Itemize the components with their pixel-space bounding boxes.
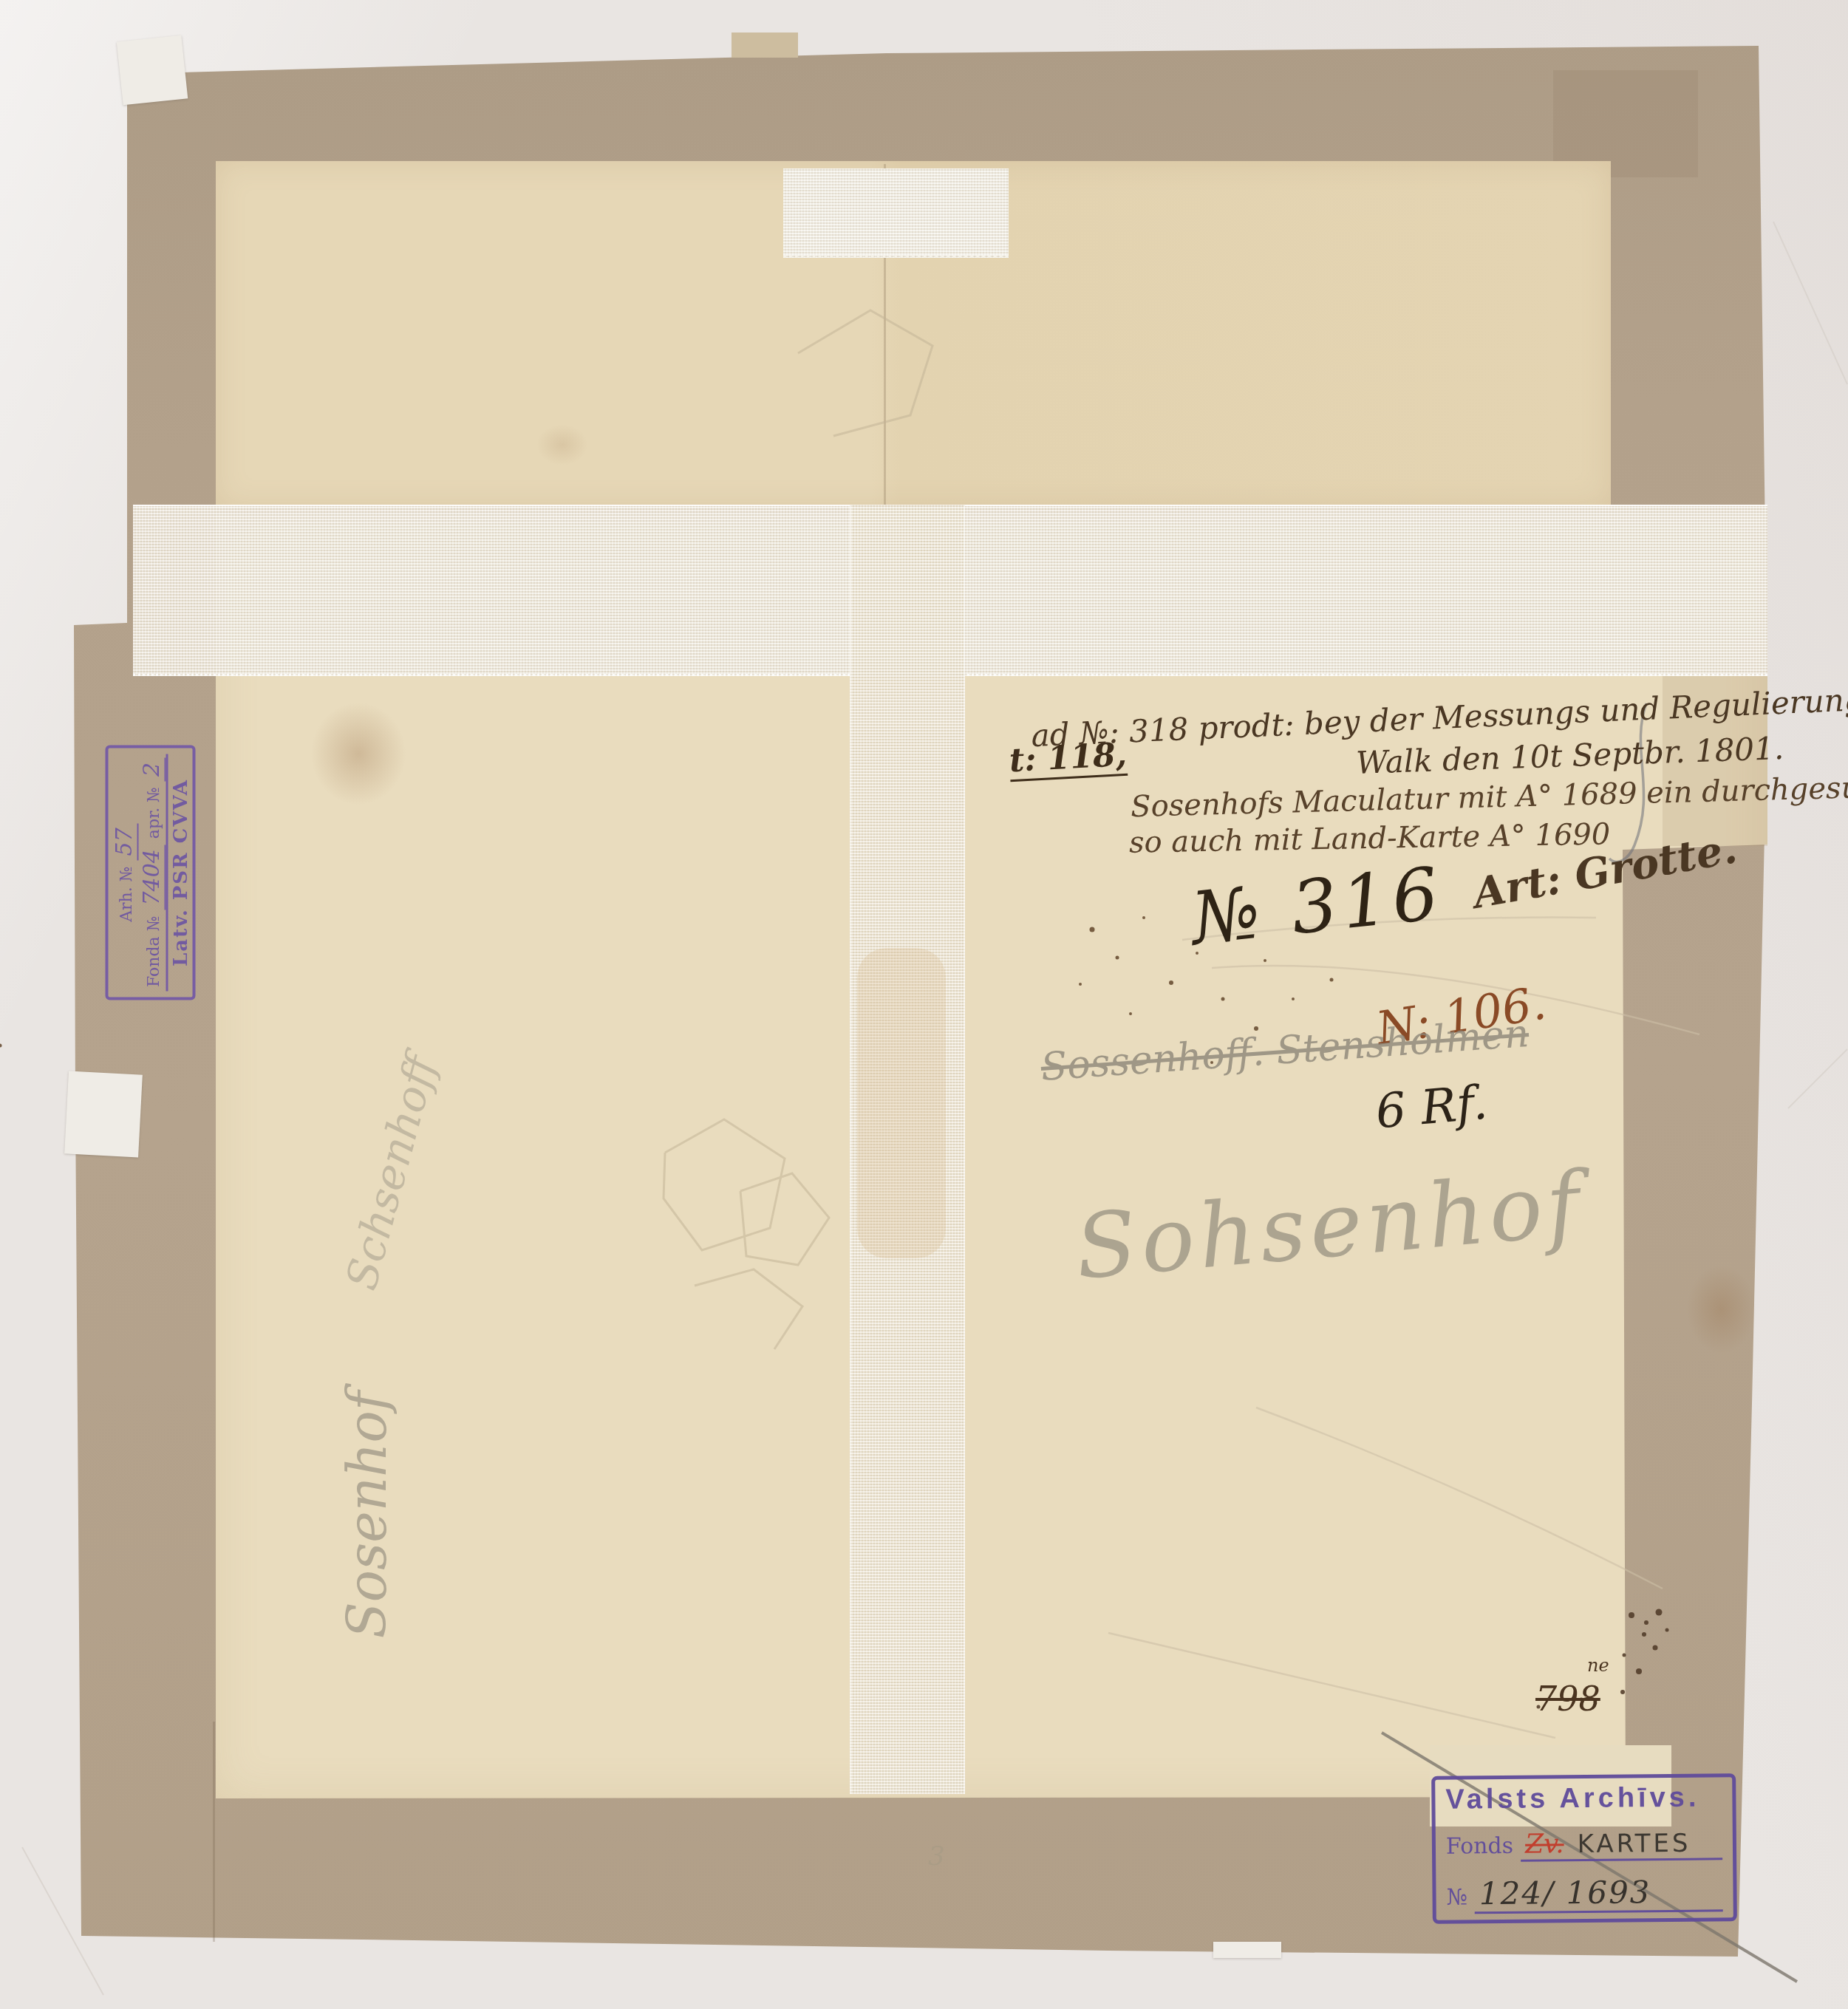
apr-value: 2 [139, 758, 166, 781]
vertical-pencil-name-upper: Schsenhoff [347, 983, 451, 1367]
gauze-patch-top [783, 168, 1009, 258]
crossed-out-number-superscript: ne [1587, 1655, 1609, 1676]
crossed-out-number: 798 [1535, 1679, 1600, 1719]
number-value: 124/ 1693 [1479, 1874, 1651, 1911]
fonds-row: Fonds Zv. KARTES [1446, 1827, 1722, 1862]
rf-value-inscription: 6 Rf. [1374, 1076, 1490, 1140]
arh-value: 57 [112, 823, 139, 860]
brown-stain-right [1686, 1265, 1756, 1354]
linen-band-vertical [850, 505, 965, 1794]
fonds-line: Zv. KARTES [1521, 1827, 1722, 1861]
vertical-pencil-name-lower-text: Sosenhof [336, 1308, 425, 1722]
board-flap-seam [213, 1722, 215, 1942]
torn-white-bit-top-left [117, 35, 188, 106]
torn-paper-tab [732, 33, 798, 58]
apr-label: apr. № [145, 787, 163, 839]
linen-tint [857, 948, 946, 1258]
left-stamp-fonda-row: Fonda № 7404 apr. № 2 [139, 754, 166, 992]
number-label: № [1446, 1884, 1467, 1910]
vertical-pencil-name-lower: Sosenhof [336, 1308, 425, 1722]
left-stamp-title: Latv. PSR CVVA [166, 754, 192, 992]
left-archive-stamp: Arh. № 57 Fonda № 7404 apr. № 2 Latv. PS… [105, 745, 195, 1000]
arh-label: Arh. № [117, 866, 136, 921]
torn-white-bit-bottom [1213, 1942, 1281, 1958]
left-stamp-arh-row: Arh. № 57 [112, 754, 139, 992]
scanned-archive-sheet: { "inscriptions": { "margin_number": "t:… [0, 0, 1848, 2009]
brown-stain-left [310, 702, 406, 805]
faint-stain-top [536, 424, 588, 465]
fonds-crossed-value: Zv. [1525, 1829, 1564, 1859]
torn-white-bit-left-edge [64, 1071, 143, 1157]
left-archive-stamp-frame: Arh. № 57 Fonda № 7404 apr. № 2 Latv. PS… [106, 746, 196, 1000]
faint-number-three: 3 [928, 1841, 945, 1872]
fonda-label: Fonda № [145, 916, 163, 988]
bottom-archive-stamp: Valsts Archīvs. Fonds Zv. KARTES № 124/ … [1431, 1773, 1737, 1924]
fonds-value: KARTES [1577, 1828, 1691, 1858]
number-line: 124/ 1693 [1475, 1873, 1723, 1914]
bottom-stamp-title: Valsts Archīvs. [1445, 1781, 1722, 1815]
fonds-label: Fonds [1446, 1832, 1513, 1859]
fonda-value: 7404 [139, 845, 166, 910]
number-row: № 124/ 1693 [1446, 1873, 1722, 1914]
